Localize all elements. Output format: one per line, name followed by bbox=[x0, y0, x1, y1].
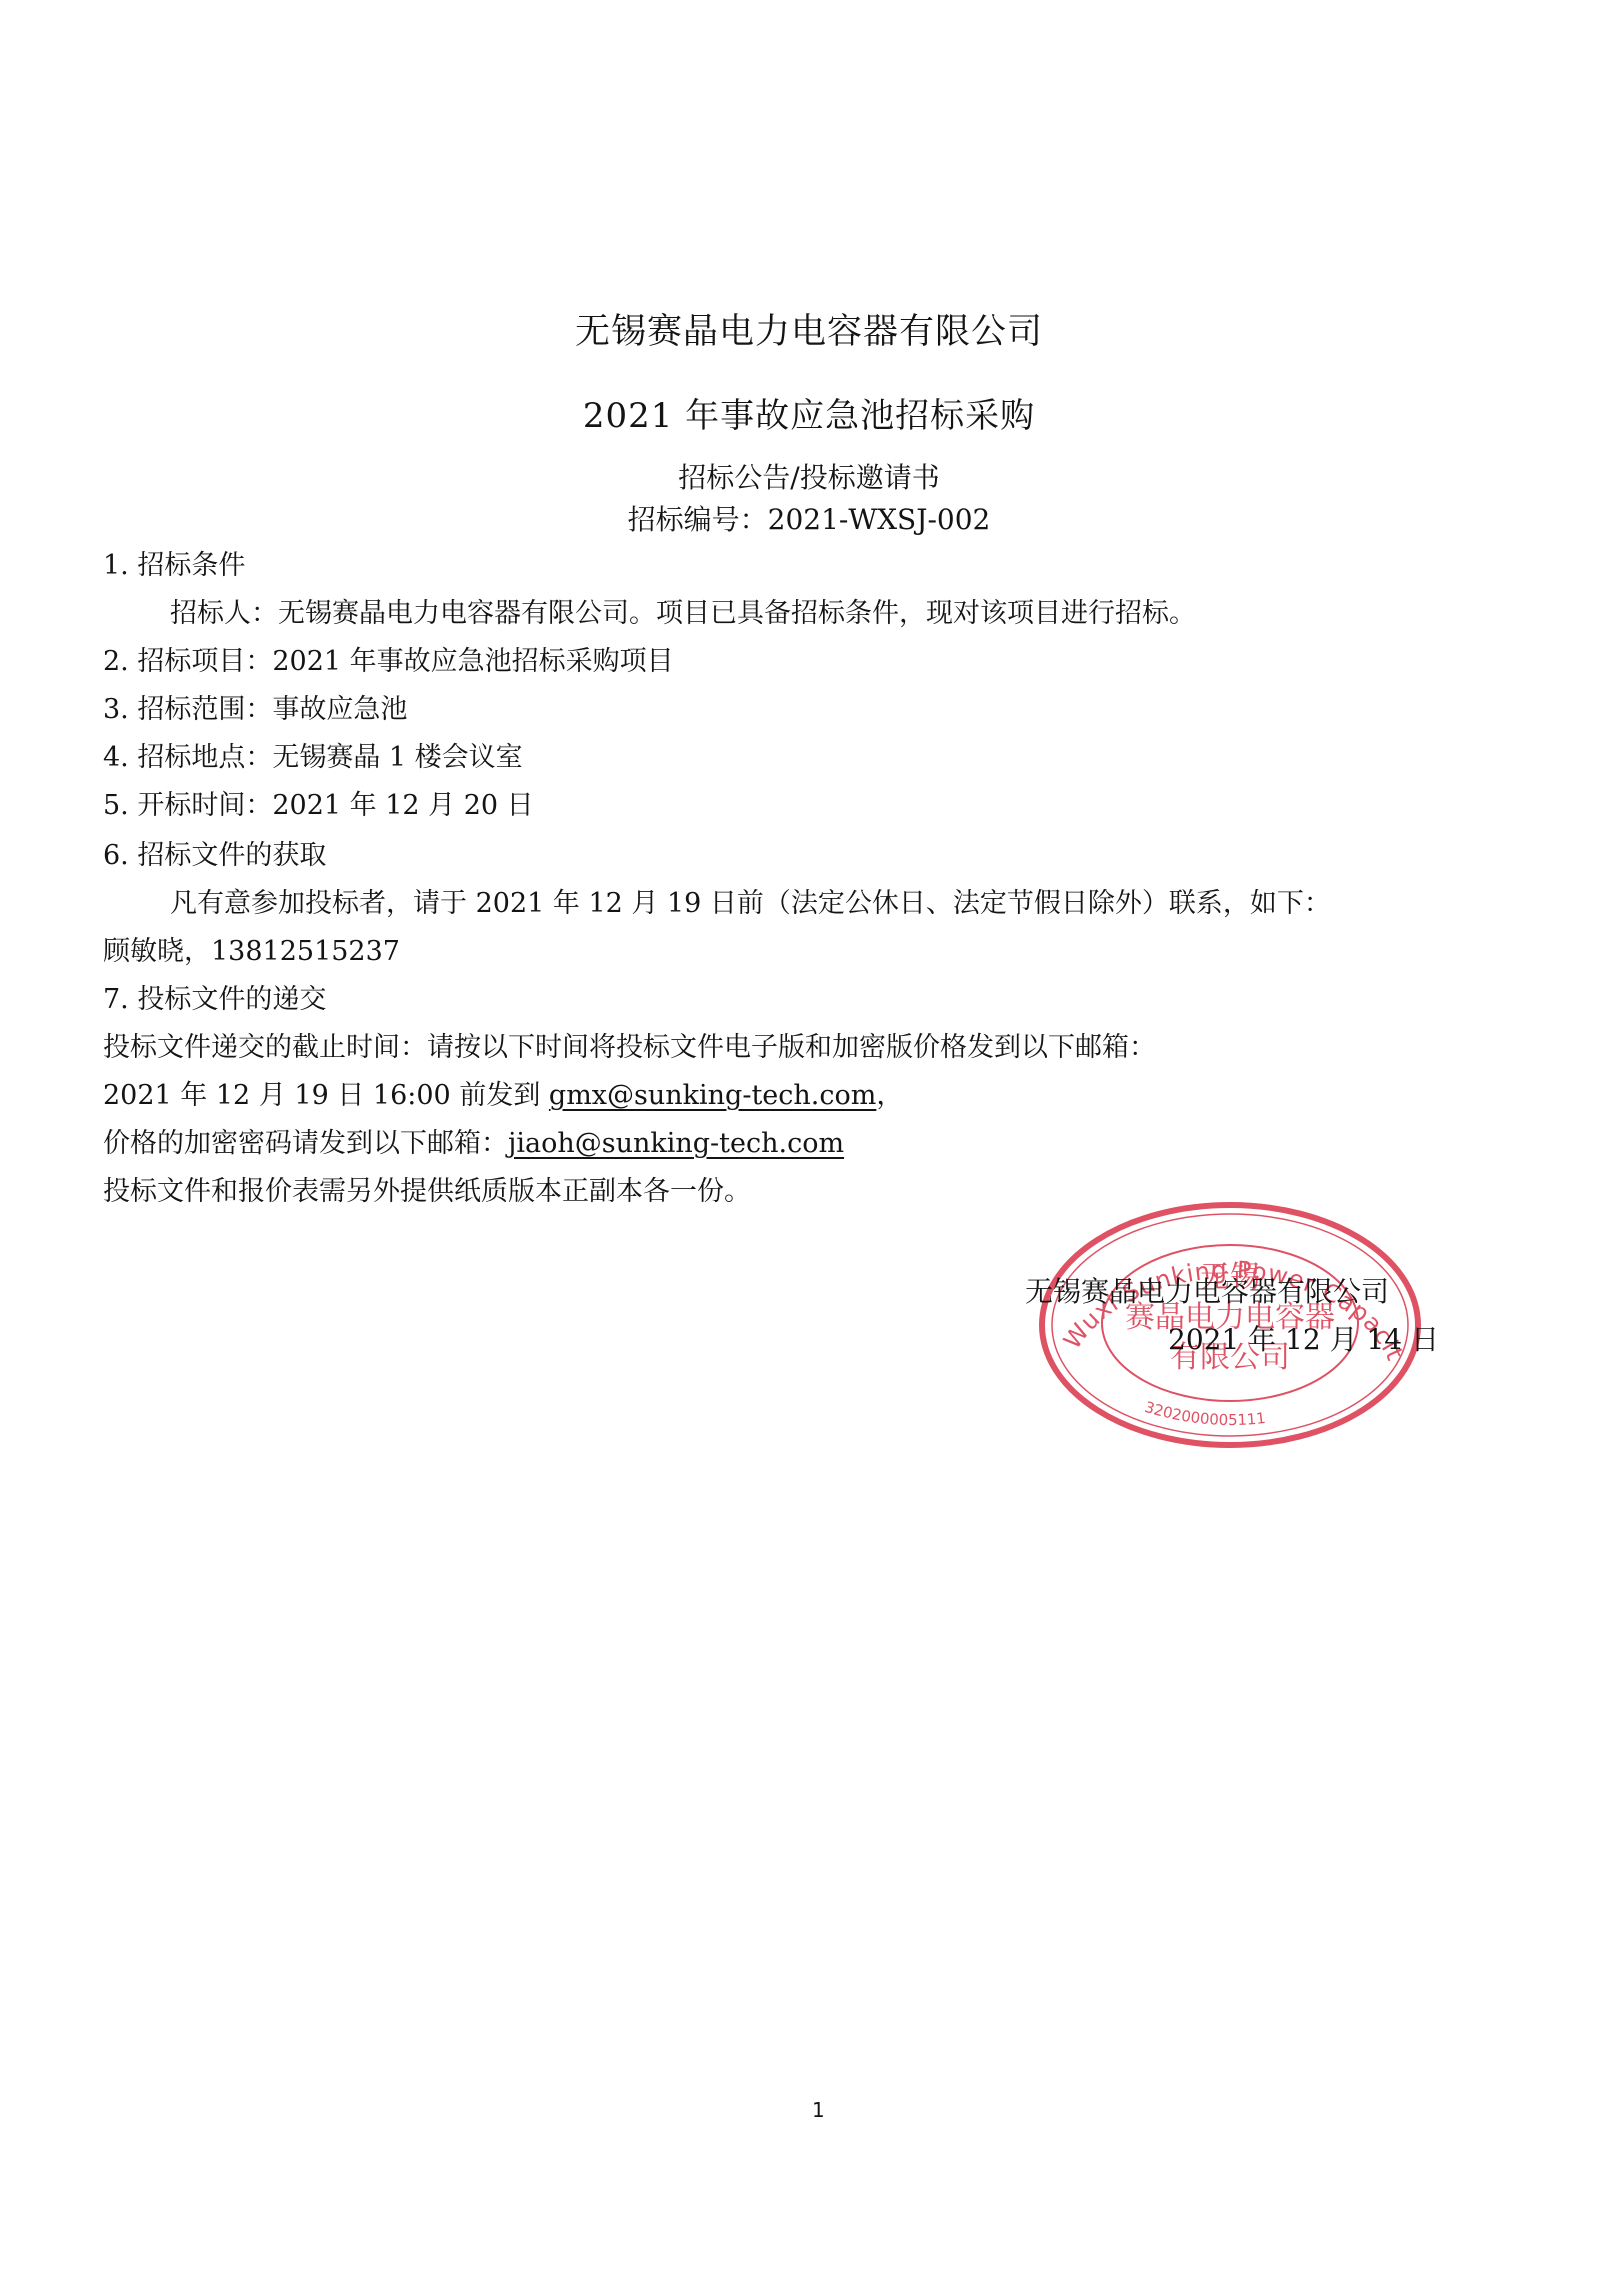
doc-type: 招标公告/投标邀请书 bbox=[0, 456, 1618, 496]
company-title: 无锡赛晶电力电容器有限公司 bbox=[0, 304, 1618, 354]
section-7-body: 投标文件递交的截止时间：请按以下时间将投标文件电子版和加密版价格发到以下邮箱： bbox=[103, 1030, 1156, 1066]
section-7-paper-note: 投标文件和报价表需另外提供纸质版本正副本各一份。 bbox=[103, 1174, 751, 1210]
section-2-heading: 2. 招标项目：2021 年事故应急池招标采购项目 bbox=[103, 644, 674, 680]
section-6-contact: 顾敏晓，13812515237 bbox=[103, 934, 400, 970]
tender-number: 招标编号：2021-WXSJ-002 bbox=[0, 498, 1618, 538]
signature-date: 2021 年 12 月 14 日 bbox=[1168, 1318, 1439, 1358]
svg-text:3202000005111: 3202000005111 bbox=[1142, 1398, 1266, 1429]
document-page: 无锡赛晶电力电容器有限公司 2021 年事故应急池招标采购 招标公告/投标邀请书… bbox=[0, 0, 1618, 2280]
project-title: 2021 年事故应急池招标采购 bbox=[0, 388, 1618, 437]
email-link-gmx[interactable]: gmx@sunking-tech.com bbox=[549, 1080, 876, 1111]
stamp-number: 3202000005111 bbox=[1142, 1398, 1266, 1429]
section-7-deadline: 2021 年 12 月 19 日 16:00 前发到 gmx@sunking-t… bbox=[103, 1078, 903, 1114]
deadline-text: 2021 年 12 月 19 日 16:00 前发到 bbox=[103, 1080, 549, 1111]
section-1-heading: 1. 招标条件 bbox=[103, 548, 245, 584]
section-6-body: 凡有意参加投标者，请于 2021 年 12 月 19 日前（法定公休日、法定节假… bbox=[170, 886, 1331, 922]
signature-company: 无锡赛晶电力电容器有限公司 bbox=[1025, 1270, 1389, 1310]
section-7-password: 价格的加密密码请发到以下邮箱：jiaoh@sunking-tech.com bbox=[103, 1126, 844, 1162]
section-7-heading: 7. 投标文件的递交 bbox=[103, 982, 326, 1018]
password-text: 价格的加密密码请发到以下邮箱： bbox=[103, 1128, 508, 1159]
section-5-heading: 5. 开标时间：2021 年 12 月 20 日 bbox=[103, 788, 534, 824]
section-6-heading: 6. 招标文件的获取 bbox=[103, 838, 326, 874]
page-number: 1 bbox=[812, 2098, 825, 2122]
deadline-suffix: ， bbox=[876, 1080, 903, 1111]
email-link-jiaoh[interactable]: jiaoh@sunking-tech.com bbox=[508, 1128, 844, 1159]
section-1-body: 招标人：无锡赛晶电力电容器有限公司。项目已具备招标条件，现对该项目进行招标。 bbox=[170, 596, 1196, 632]
section-4-heading: 4. 招标地点：无锡赛晶 1 楼会议室 bbox=[103, 740, 523, 776]
section-3-heading: 3. 招标范围：事故应急池 bbox=[103, 692, 407, 728]
